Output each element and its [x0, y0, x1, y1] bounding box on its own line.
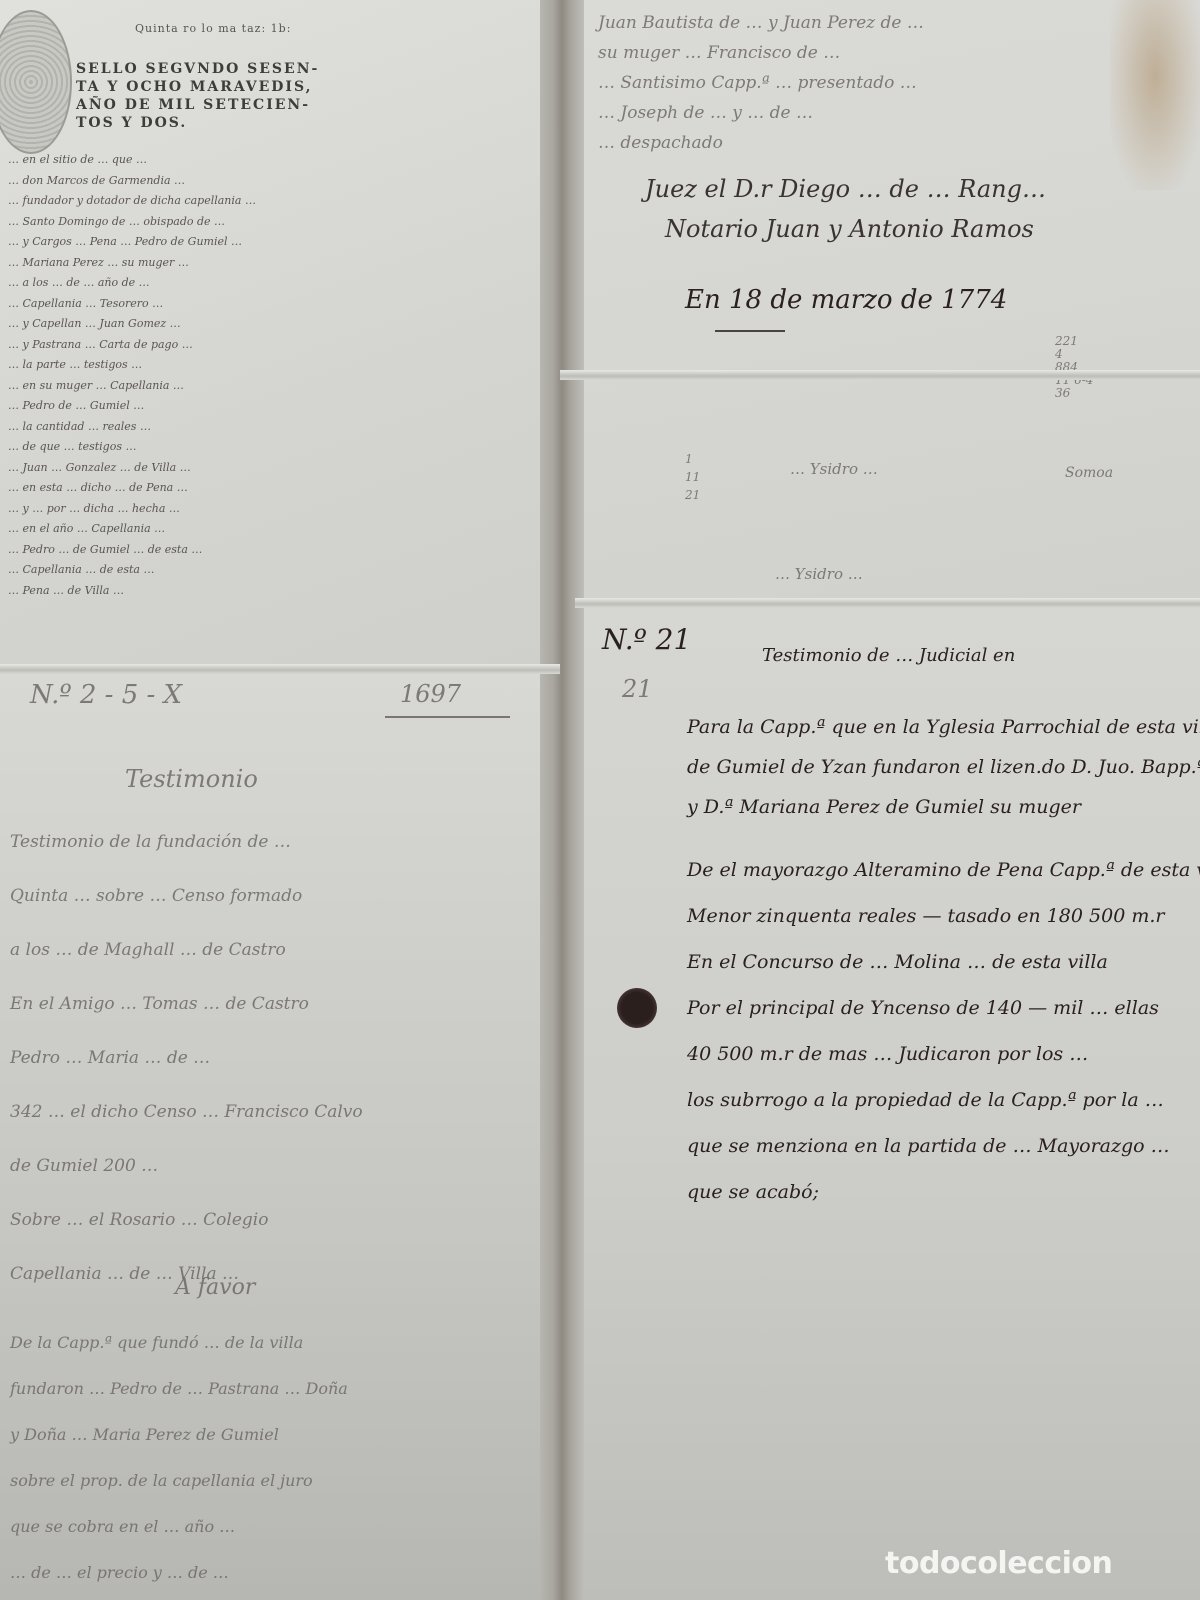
sheet-top-right: Juan Bautista de … y Juan Perez de …su m… — [560, 0, 1200, 605]
ink-blot — [617, 988, 657, 1028]
document-number-alt: 21 — [622, 675, 653, 703]
section-heading: Testimonio de … Judicial en — [762, 645, 1015, 666]
signature-3: … Ysidro … — [775, 565, 863, 583]
marginal-numbers-left: 11121 — [685, 450, 700, 504]
sheet-top-left: Quinta ro lo ma taz: 1b: SELLO SEGVNDO S… — [0, 0, 545, 670]
notary-line: Notario Juan y Antonio Ramos — [665, 215, 1034, 243]
document-number: N.º 21 — [602, 623, 691, 656]
sheet-bottom-right: N.º 21 21 Testimonio de … Judicial en Pa… — [582, 605, 1200, 1600]
year-label: 1697 — [400, 680, 461, 708]
signature-2: Somoa — [1065, 465, 1113, 481]
horizontal-fold-top — [560, 370, 1200, 380]
left-body-text: Testimonio de la fundación de …Quinta … … — [10, 815, 363, 1301]
seal-stamp-icon — [0, 10, 72, 154]
year-underline — [385, 716, 510, 718]
dense-manuscript-text: … en el sitio de … que …… don Marcos de … — [8, 150, 528, 601]
judge-signature-line: Juez el D.r Diego … de … Rang… — [645, 175, 1046, 203]
water-stain — [1110, 0, 1200, 190]
heading-testimonio: Testimonio — [125, 765, 258, 793]
top-right-text: Juan Bautista de … y Juan Perez de …su m… — [598, 8, 924, 158]
watermark-logo: todocoleccion — [885, 1546, 1112, 1581]
stamp-text: SELLO SEGVNDO SESEN-TA Y OCHO MARAVEDIS,… — [76, 60, 319, 132]
vertical-fold — [540, 0, 584, 1600]
sheet-bottom-left: N.º 2 - 5 - X 1697 Testimonio Testimonio… — [0, 670, 575, 1600]
document-photo: Quinta ro lo ma taz: 1b: SELLO SEGVNDO S… — [0, 0, 1200, 1600]
heading-a-favor: A favor — [175, 1275, 255, 1300]
horizontal-fold-left — [0, 664, 560, 674]
marginal-calculation: 221488411 6-436 — [1055, 335, 1093, 400]
date-underline — [715, 330, 785, 332]
stamp-header-small: Quinta ro lo ma taz: 1b: — [135, 22, 291, 35]
date-line: En 18 de marzo de 1774 — [685, 285, 1007, 315]
left-body-text-2: De la Capp.ª que fundó … de la villafund… — [10, 1320, 348, 1596]
right-body-text-b: De el mayorazgo Alteramino de Pena Capp.… — [687, 847, 1200, 1215]
signature-1: … Ysidro … — [790, 460, 878, 478]
horizontal-fold-right — [575, 598, 1200, 608]
right-body-text-a: Para la Capp.ª que en la Yglesia Parroch… — [687, 707, 1200, 827]
reference-number: N.º 2 - 5 - X — [30, 680, 182, 710]
